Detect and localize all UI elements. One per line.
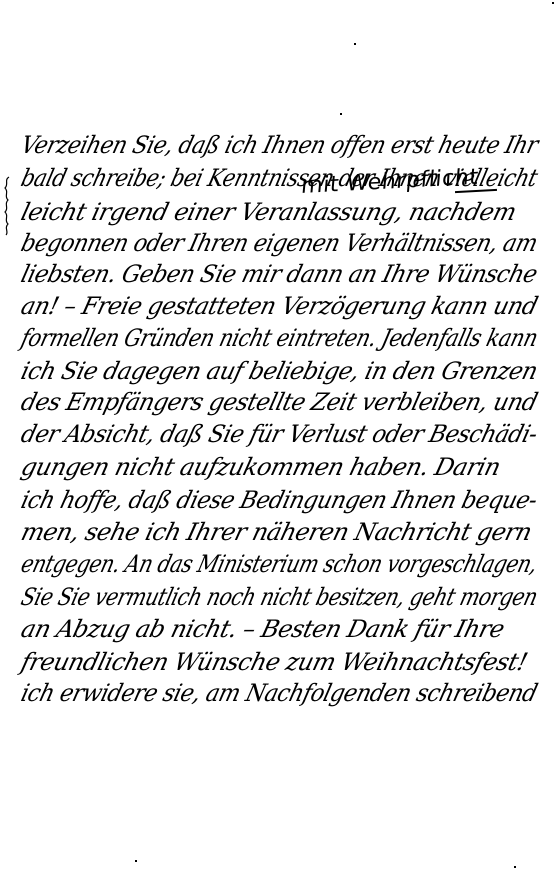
manuscript-line-6: an! – Freie gestatteten Verzögerung kann… (18, 291, 526, 321)
manuscript-line-7: formellen Gründen nicht eintreten. Jeden… (18, 323, 478, 353)
manuscript-line-13: men, sehe ich Ihrer näheren Nachricht ge… (18, 517, 540, 547)
manuscript-line-10: der Absicht, daß Sie für Verlust oder Be… (18, 419, 517, 449)
ink-speck (514, 866, 516, 868)
manuscript-page: Verzeihen Sie, daß ich Ihnen offen erst … (0, 0, 556, 878)
ink-speck (340, 113, 342, 115)
manuscript-line-18: ich erwidere sie, am Nachfolgenden schre… (18, 678, 507, 708)
manuscript-line-4: begonnen oder Ihren eigenen Verhältnisse… (18, 228, 504, 258)
manuscript-line-8: ich Sie dagegen auf beliebige, in den Gr… (18, 356, 527, 386)
manuscript-line-12: ich hoffe, daß diese Bedingungen Ihnen b… (18, 485, 513, 515)
manuscript-line-16: an Abzug ab nicht. – Besten Dank für Ihr… (18, 614, 540, 644)
ink-speck (552, 2, 554, 4)
manuscript-line-15: Sie Sie vermutlich noch nicht besitzen, … (18, 582, 465, 612)
ink-speck (354, 43, 356, 45)
manuscript-line-5: liebsten. Geben Sie mir dann an Ihre Wün… (18, 259, 521, 289)
ink-speck (135, 860, 137, 862)
margin-bracket-icon (2, 176, 12, 236)
manuscript-line-11: gungen nicht aufzukommen haben. Darin (18, 452, 540, 482)
manuscript-line-17: freundlichen Wünsche zum Weihnachtsfest! (18, 647, 540, 677)
manuscript-line-1: Verzeihen Sie, daß ich Ihnen offen erst … (18, 130, 500, 160)
manuscript-line-9: des Empfängers gestellte Zeit verbleiben… (18, 387, 524, 417)
manuscript-line-3: leicht irgend einer Veranlassung, nachde… (18, 197, 540, 227)
manuscript-line-14: entgegen. An das Ministerium schon vorge… (18, 549, 464, 579)
